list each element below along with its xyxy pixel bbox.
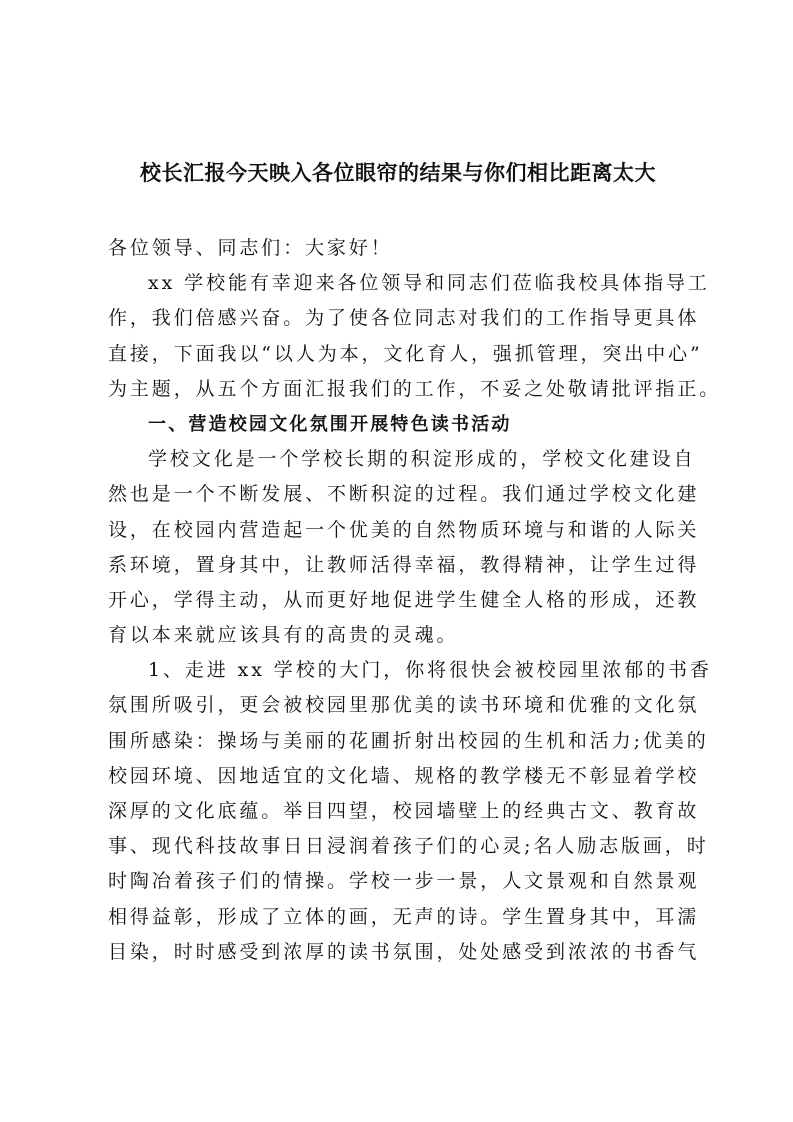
paragraph-line: 系环境，置身其中，让教师活得幸福，教得精神，让学生过得	[108, 548, 688, 583]
section-heading: 一、营造校园文化氛围开展特色读书活动	[108, 407, 688, 442]
paragraph-line: 开心，学得主动，从而更好地促进学生健全人格的形成，还教	[108, 583, 688, 618]
paragraph-line: 相得益彰，形成了立体的画，无声的诗。学生置身其中，耳濡	[108, 900, 688, 935]
greeting-line: 各位领导、同志们：大家好！	[108, 231, 688, 266]
paragraph-line: 事、现代科技故事日日浸润着孩子们的心灵;名人励志版画，时	[108, 829, 688, 864]
paragraph-line: 围所感染：操场与美丽的花圃折射出校园的生机和活力;优美的	[108, 724, 688, 759]
paragraph-line: 育以本来就应该具有的高贵的灵魂。	[108, 618, 688, 653]
paragraph-line: 氛围所吸引，更会被校园里那优美的读书环境和优雅的文化氛	[108, 688, 688, 723]
document-title: 校长汇报今天映入各位眼帘的结果与你们相比距离太大	[108, 158, 688, 188]
paragraph-line: 1、走进 xx 学校的大门，你将很快会被校园里浓郁的书香	[108, 653, 688, 688]
paragraph-line: 直接，下面我以“以人为本，文化育人，强抓管理，突出中心”	[108, 337, 688, 372]
paragraph-line: 设，在校园内营造起一个优美的自然物质环境与和谐的人际关	[108, 513, 688, 548]
paragraph-line: 作，我们倍感兴奋。为了使各位同志对我们的工作指导更具体	[108, 301, 688, 336]
paragraph-line: xx 学校能有幸迎来各位领导和同志们莅临我校具体指导工	[108, 266, 688, 301]
paragraph-line: 然也是一个不断发展、不断积淀的过程。我们通过学校文化建	[108, 477, 688, 512]
paragraph-line: 学校文化是一个学校长期的积淀形成的，学校文化建设自	[108, 442, 688, 477]
paragraph-line: 校园环境、因地适宜的文化墙、规格的教学楼无不彰显着学校	[108, 759, 688, 794]
paragraph-line: 深厚的文化底蕴。举目四望，校园墙壁上的经典古文、教育故	[108, 794, 688, 829]
paragraph-line: 目染，时时感受到浓厚的读书氛围，处处感受到浓浓的书香气	[108, 935, 688, 970]
paragraph-line: 为主题，从五个方面汇报我们的工作，不妥之处敬请批评指正。	[108, 372, 688, 407]
paragraph-line: 时陶冶着孩子们的情操。学校一步一景，人文景观和自然景观	[108, 864, 688, 899]
document-body: 各位领导、同志们：大家好！ xx 学校能有幸迎来各位领导和同志们莅临我校具体指导…	[108, 231, 688, 970]
